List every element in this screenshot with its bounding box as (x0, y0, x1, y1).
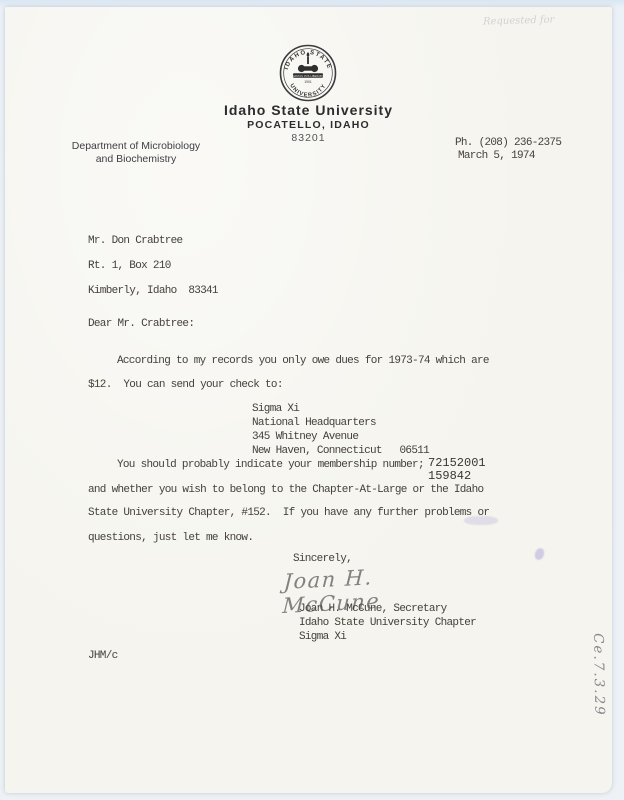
salutation: Dear Mr. Crabtree: (88, 318, 194, 330)
letterhead-department: Department of Microbiology and Biochemis… (50, 140, 222, 166)
signer-org-line2: Sigma Xi (299, 631, 346, 643)
ink-smudge (464, 516, 498, 525)
letterhead-city: POCATELLO, IDAHO (5, 119, 612, 131)
seal-year: 1901 (304, 80, 312, 84)
typist-initials: JHM/c (88, 650, 118, 662)
university-seal-icon: IDAHO STATE UNIVERSITY VERITAS VOS LIBER… (277, 42, 339, 104)
seal-banner-text: VERITAS VOS LIBERABIT (292, 75, 325, 78)
paragraph2-line3: State University Chapter, #152. If you h… (88, 507, 489, 519)
membership-number-1: 72152001 (428, 456, 486, 470)
membership-number-2: 159842 (428, 469, 471, 483)
department-line2: and Biochemistry (50, 153, 222, 166)
letter-date: March 5, 1974 (458, 150, 535, 162)
letterhead-phone: Ph. (208) 236-2375 (455, 137, 561, 149)
scanned-letter-page: { "letterhead": { "university": "Idaho S… (0, 0, 624, 800)
closing-sincerely: Sincerely, (293, 553, 352, 565)
paragraph2-line1: You should probably indicate your member… (117, 459, 424, 471)
ink-smudge (533, 547, 546, 561)
paragraph1-line1: According to my records you only owe due… (117, 355, 489, 367)
recipient-name: Mr. Don Crabtree (88, 235, 182, 247)
check-address-line: Sigma Xi (252, 403, 299, 415)
check-address-line: National Headquarters (252, 417, 376, 429)
signer-name-title: Joan H. McCune, Secretary (299, 603, 447, 615)
check-address-line: 345 Whitney Avenue (252, 431, 358, 443)
paragraph1-line2: $12. You can send your check to: (88, 379, 283, 391)
letterhead-university-name: Idaho State University (5, 102, 612, 118)
recipient-street: Rt. 1, Box 210 (88, 260, 171, 272)
paragraph2-line4: questions, just let me know. (88, 532, 253, 544)
signer-org-line1: Idaho State University Chapter (299, 617, 476, 629)
pencil-note-annotation: Requested for (483, 14, 593, 28)
recipient-city: Kimberly, Idaho 83341 (88, 285, 218, 297)
check-address-line: New Haven, Connecticut 06511 (252, 445, 429, 457)
paragraph2-line2: and whether you wish to belong to the Ch… (88, 484, 483, 496)
department-line1: Department of Microbiology (50, 140, 222, 153)
catalog-number-annotation: Ce.7.3.29 (590, 633, 607, 717)
letter-paper: IDAHO STATE UNIVERSITY VERITAS VOS LIBER… (5, 7, 612, 793)
